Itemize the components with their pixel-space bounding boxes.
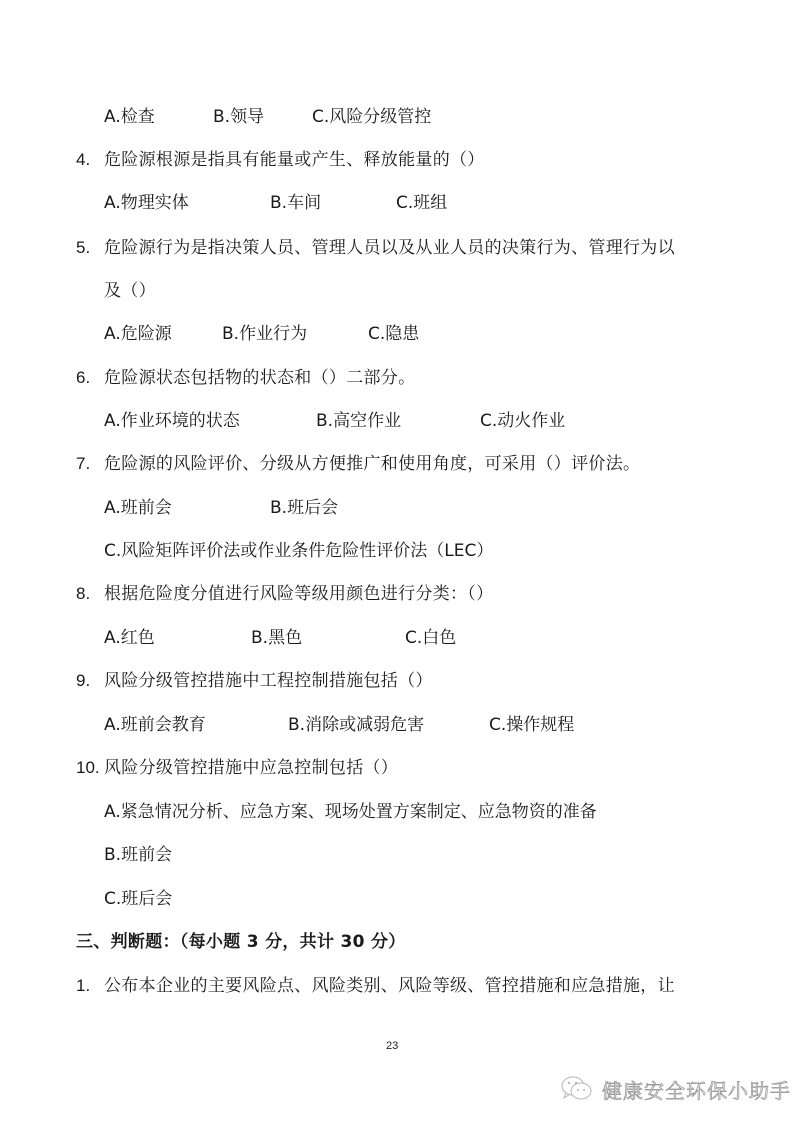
- item-number: 1.: [76, 975, 90, 997]
- option-a: A.班前会教育: [104, 714, 206, 736]
- watermark-text: 健康安全环保小助手: [602, 1075, 791, 1104]
- question-text: 根据危险度分值进行风险等级用颜色进行分类：（）: [104, 583, 493, 605]
- question-text: 危险源根源是指具有能量或产生、释放能量的（）: [104, 149, 485, 171]
- q3-option-c: C.风险分级管控: [312, 106, 431, 128]
- option-b: B.班后会: [270, 497, 338, 519]
- question-text-continued: 及（）: [104, 280, 156, 302]
- option-c: C.隐患: [368, 323, 419, 345]
- option-a: A.红色: [104, 627, 155, 649]
- option-a: A.作业环境的状态: [104, 410, 240, 432]
- option-c: C.动火作业: [480, 410, 565, 432]
- option-a: A.班前会: [104, 497, 172, 519]
- option-b: B.班前会: [104, 844, 172, 866]
- option-b: B.消除或减弱危害: [288, 714, 424, 736]
- q3-option-b: B.领导: [213, 106, 264, 128]
- option-c: C.班后会: [104, 888, 172, 910]
- section-heading: 三、判断题：（每小题 3 分，共计 30 分）: [76, 931, 406, 953]
- question-number: 7.: [76, 453, 90, 475]
- watermark: 健康安全环保小助手: [560, 1072, 791, 1106]
- option-b: B.车间: [270, 192, 321, 214]
- wechat-icon: [560, 1074, 594, 1104]
- option-a: A.危险源: [104, 323, 172, 345]
- item-text: 公布本企业的主要风险点、风险类别、风险等级、管控措施和应急措施，让: [104, 975, 675, 997]
- question-text: 危险源的风险评价、分级从方便推广和使用角度，可采用（）评价法。: [104, 453, 640, 475]
- question-number: 10.: [76, 757, 100, 779]
- option-a: A.物理实体: [104, 192, 189, 214]
- question-number: 5.: [76, 237, 90, 259]
- question-text: 风险分级管控措施中工程控制措施包括（）: [104, 670, 433, 692]
- option-c: C.白色: [405, 627, 456, 649]
- option-c: C.班组: [396, 192, 447, 214]
- question-number: 6.: [76, 367, 90, 389]
- q3-option-a: A.检查: [104, 106, 155, 128]
- option-b: B.黑色: [251, 627, 302, 649]
- option-c: C.操作规程: [489, 714, 574, 736]
- question-number: 4.: [76, 149, 90, 171]
- option-b: B.作业行为: [222, 323, 307, 345]
- question-text: 风险分级管控措施中应急控制包括（）: [104, 757, 398, 779]
- question-number: 8.: [76, 583, 90, 605]
- page-number: 23: [386, 1040, 398, 1052]
- option-b: B.高空作业: [316, 410, 401, 432]
- question-number: 9.: [76, 670, 90, 692]
- option-c: C.风险矩阵评价法或作业条件危险性评价法（LEC）: [104, 540, 493, 562]
- option-a: A.紧急情况分析、应急方案、现场处置方案制定、应急物资的准备: [104, 801, 597, 823]
- question-text: 危险源行为是指决策人员、管理人员以及从业人员的决策行为、管理行为以: [104, 237, 675, 259]
- question-text: 危险源状态包括物的状态和（）二部分。: [104, 367, 415, 389]
